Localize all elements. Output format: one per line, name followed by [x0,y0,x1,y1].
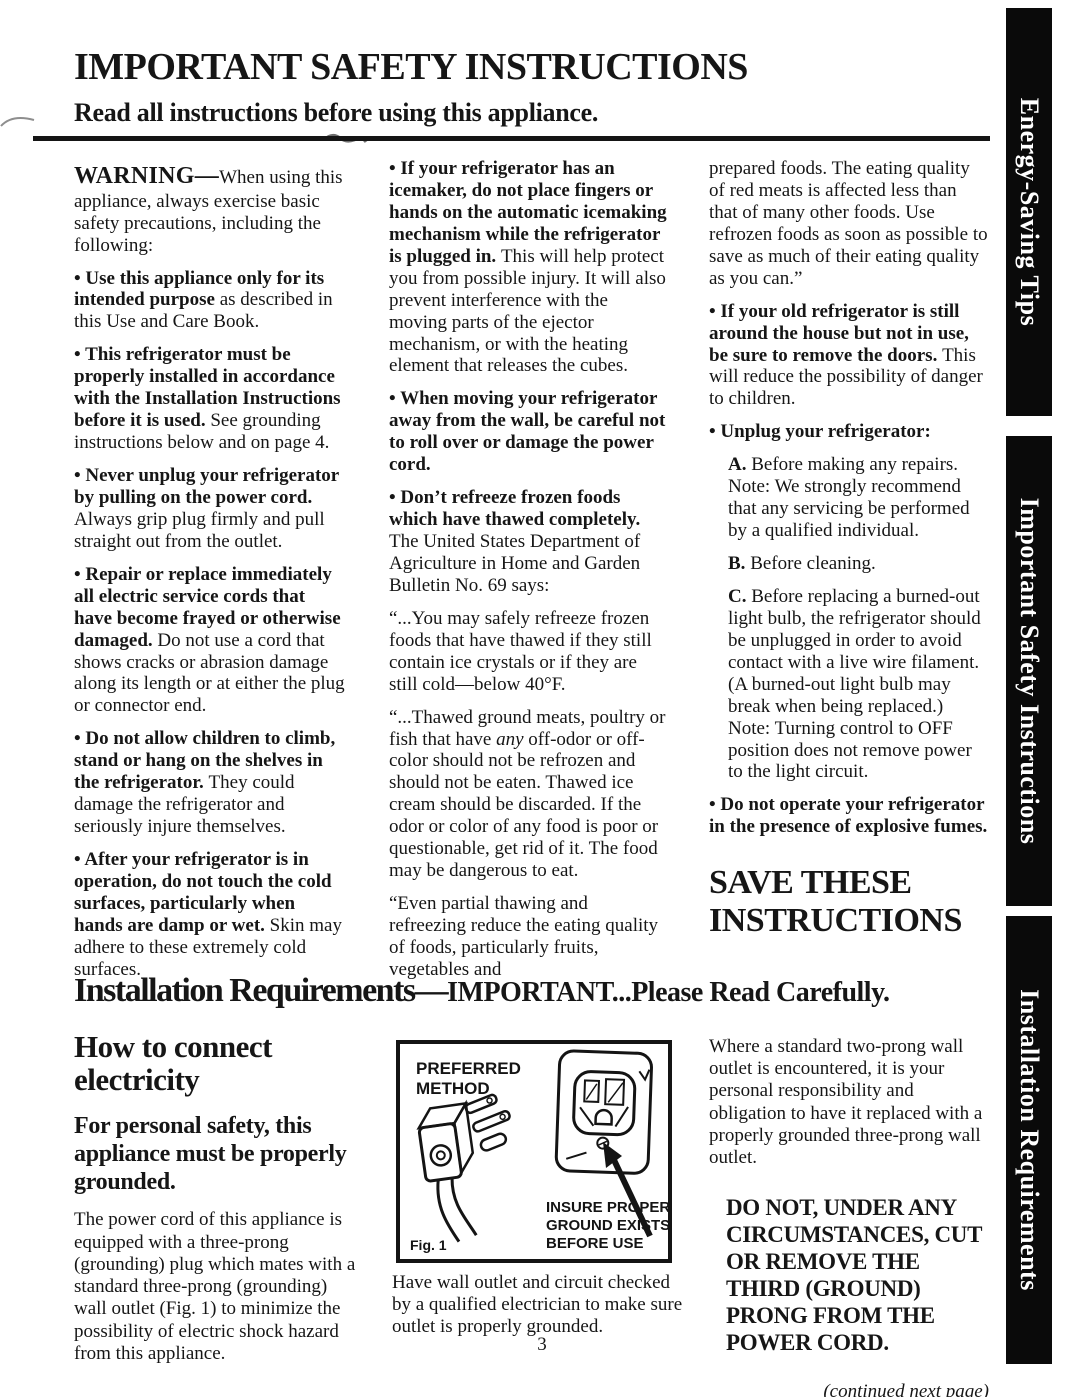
text-run: any [496,729,523,750]
text-run: B. [728,553,750,574]
three-prong-plug [415,1090,531,1245]
text-run: If your old refrigerator is still around… [709,301,969,366]
text-run: WARNING— [74,163,219,189]
sidebar-tab-energy-saving-tips: Energy-Saving Tips [1006,8,1052,416]
text-run: C. [728,586,751,607]
installation-heading-sub: IMPORTANT...Please Read Carefully. [447,977,889,1008]
text-run: Before replacing a burned-out light bulb… [728,586,981,783]
sidebar-tab-label: Energy-Saving Tips [1014,98,1044,326]
installation-left-column: How to connect electricity For personal … [74,1030,359,1365]
paragraph: WARNING—When using this appliance, alway… [74,163,346,257]
text-run: Do not allow children to climb, stand or… [74,728,335,793]
continued-note: (continued next page) [709,1381,989,1397]
paragraph: After your refrigerator is in operation,… [74,849,346,981]
paragraph: “...You may safely refreeze frozen foods… [389,608,667,696]
paragraph: Don’t refreeze frozen foods which have t… [389,487,667,597]
paragraph: Unplug your refrigerator: [709,421,989,443]
text-run: Always grip plug firmly and pull straigh… [74,509,325,552]
grounded-outlet-illustration: PREFERRED METHOD INSURE PROPER GROUND EX… [400,1044,668,1259]
paragraph: A. Before making any repairs. Note: We s… [728,454,989,542]
two-prong-paragraph: Where a standard two-prong wall outlet i… [709,1036,991,1169]
paragraph: If your old refrigerator is still around… [709,301,989,411]
paragraph: Repair or replace immediately all electr… [74,564,346,718]
safety-column-3-paragraphs: prepared foods. The eating quality of re… [709,158,989,838]
text-run: A. [728,454,751,475]
grounding-body: The power cord of this appliance is equi… [74,1209,359,1365]
text-run: Before making any repairs. Note: We stro… [728,454,970,541]
installation-heading-main: Installation Requirements— [74,972,447,1009]
text-run: Before cleaning. [750,553,876,574]
figure-1-box: PREFERRED METHOD INSURE PROPER GROUND EX… [396,1040,672,1263]
page-number: 3 [520,1334,564,1356]
safety-column-2: If your refrigerator has an icemaker, do… [389,158,667,992]
safety-column-1: WARNING—When using this appliance, alway… [74,163,346,992]
how-to-connect-heading: How to connect electricity [74,1030,359,1097]
grounding-subheading: For personal safety, this appliance must… [74,1113,359,1196]
sidebar-tab-label: Important Safety Instructions [1014,498,1044,845]
svg-text:INSURE PROPER: INSURE PROPER [546,1199,668,1216]
paragraph: When moving your refrigerator away from … [389,388,667,476]
text-run: “Even partial thawing and refreezing red… [389,893,658,980]
installation-right-column: Where a standard two-prong wall outlet i… [709,1036,991,1397]
paragraph: Do not allow children to climb, stand or… [74,728,346,838]
installation-heading: Installation Requirements—IMPORTANT...Pl… [74,972,994,1010]
text-run: Do not operate your refrigerator in the … [709,794,987,837]
svg-text:PREFERRED: PREFERRED [416,1059,521,1078]
figure-note: Have wall outlet and circuit checked by … [392,1272,687,1339]
sidebar-tab-installation-requirements: Installation Requirements [1006,916,1052,1364]
svg-text:Fig. 1: Fig. 1 [410,1237,447,1253]
text-run: Don’t refreeze frozen foods which have t… [389,487,640,530]
paragraph: Do not operate your refrigerator in the … [709,794,989,838]
text-run: “...You may safely refreeze frozen foods… [389,608,652,695]
paragraph: Use this appliance only for its intended… [74,268,346,334]
paragraph: Never unplug your refrigerator by pullin… [74,465,346,553]
scan-mark-left [0,112,38,130]
outlet-plate [556,1051,652,1174]
safety-column-3: prepared foods. The eating quality of re… [709,158,989,940]
svg-text:METHOD: METHOD [416,1079,490,1098]
paragraph: B. Before cleaning. [728,553,989,575]
paragraph: “...Thawed ground meats, poultry or fish… [389,707,667,883]
text-run: Unplug your refrigerator: [720,421,930,442]
svg-text:BEFORE USE: BEFORE USE [546,1235,644,1252]
text-run: The United States Department of Agricult… [389,531,640,596]
page-title: IMPORTANT SAFETY INSTRUCTIONS [74,48,994,88]
paragraph: This refrigerator must be properly insta… [74,344,346,454]
do-not-cut-warning: DO NOT, UNDER ANY CIRCUMSTANCES, CUT OR … [726,1195,991,1356]
text-run: When moving your refrigerator away from … [389,388,665,475]
paragraph: C. Before replacing a burned-out light b… [728,586,989,783]
text-run: Never unplug your refrigerator by pullin… [74,465,339,508]
paragraph: “Even partial thawing and refreezing red… [389,893,667,981]
page-subtitle: Read all instructions before using this … [74,98,994,128]
sidebar-tab-label: Installation Requirements [1014,989,1044,1291]
manual-page: IMPORTANT SAFETY INSTRUCTIONS Read all i… [0,0,1080,1397]
paragraph: If your refrigerator has an icemaker, do… [389,158,667,377]
sidebar-tab-important-safety-instructions: Important Safety Instructions [1006,436,1052,906]
divider-rule [33,136,990,141]
text-run: prepared foods. The eating quality of re… [709,158,988,289]
paragraph: prepared foods. The eating quality of re… [709,158,989,290]
save-these-heading: SAVE THESE INSTRUCTIONS [709,864,989,940]
text-run: off-odor or off-color should not be refr… [389,729,658,882]
